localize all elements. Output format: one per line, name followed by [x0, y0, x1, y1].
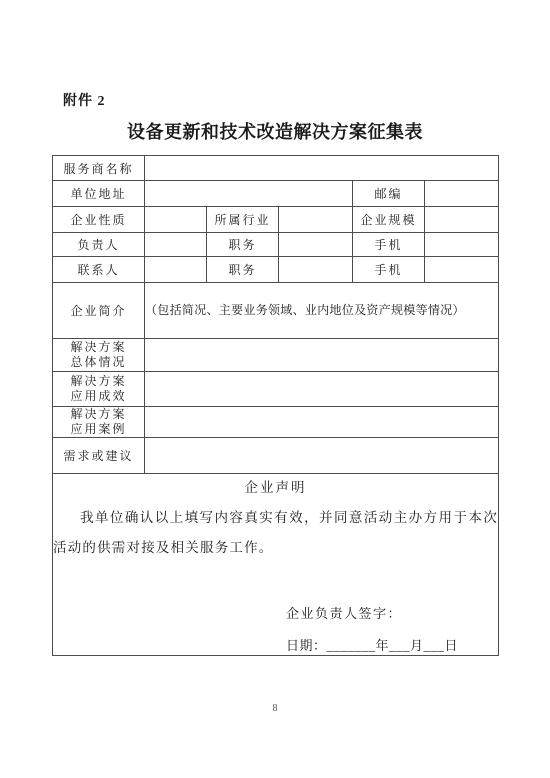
leader-label: 负责人 — [53, 233, 145, 257]
contact-label: 联系人 — [53, 257, 145, 283]
table-row: 企业声明 我单位确认以上填写内容真实有效，并同意活动主办方用于本次活动的供需对接… — [53, 474, 499, 656]
table-row: 需求或建议 — [53, 438, 499, 474]
solution-overview-input[interactable] — [145, 339, 499, 372]
label-line: 解决方案 — [53, 407, 144, 422]
leader-position-label: 职务 — [207, 233, 279, 257]
table-row: 企业简介 （包括简况、主要业务领域、业内地位及资产规模等情况） — [53, 283, 499, 339]
table-row: 单位地址 邮编 — [53, 181, 499, 207]
enterprise-scale-input[interactable] — [425, 207, 499, 233]
solution-effect-input[interactable] — [145, 372, 499, 407]
table-row: 解决方案 应用案例 — [53, 407, 499, 438]
industry-input[interactable] — [279, 207, 353, 233]
label-line: 解决方案 — [53, 340, 144, 355]
enterprise-nature-input[interactable] — [145, 207, 207, 233]
date-line: 日期：_______年___月___日 — [53, 635, 498, 654]
contact-mobile-input[interactable] — [425, 257, 499, 283]
company-profile-label: 企业简介 — [53, 283, 145, 339]
declaration-title: 企业声明 — [53, 476, 498, 496]
leader-mobile-input[interactable] — [425, 233, 499, 257]
service-provider-input[interactable] — [145, 156, 499, 181]
contact-position-input[interactable] — [279, 257, 353, 283]
industry-label: 所属行业 — [207, 207, 279, 233]
form-table: 服务商名称 单位地址 邮编 企业性质 所属行业 企业规模 负责人 职务 手机 — [52, 155, 499, 656]
address-label: 单位地址 — [53, 181, 145, 207]
solution-cases-label: 解决方案 应用案例 — [53, 407, 145, 438]
contact-input[interactable] — [145, 257, 207, 283]
label-line: 应用成效 — [53, 389, 144, 404]
contact-position-label: 职务 — [207, 257, 279, 283]
signature-label: 企业负责人签字： — [53, 603, 498, 622]
contact-mobile-label: 手机 — [353, 257, 425, 283]
solution-overview-label: 解决方案 总体情况 — [53, 339, 145, 372]
address-input[interactable] — [145, 181, 353, 207]
leader-input[interactable] — [145, 233, 207, 257]
table-row: 企业性质 所属行业 企业规模 — [53, 207, 499, 233]
document-page: 附件 2 设备更新和技术改造解决方案征集表 服务商名称 单位地址 邮编 企业性质… — [0, 0, 550, 778]
needs-suggestions-input[interactable] — [145, 438, 499, 474]
table-row: 解决方案 应用成效 — [53, 372, 499, 407]
enterprise-nature-label: 企业性质 — [53, 207, 145, 233]
leader-mobile-label: 手机 — [353, 233, 425, 257]
enterprise-scale-label: 企业规模 — [353, 207, 425, 233]
company-profile-input[interactable]: （包括简况、主要业务领域、业内地位及资产规模等情况） — [145, 283, 499, 339]
solution-cases-input[interactable] — [145, 407, 499, 438]
postal-code-input[interactable] — [425, 181, 499, 207]
postal-code-label: 邮编 — [353, 181, 425, 207]
label-line: 总体情况 — [53, 355, 144, 370]
label-line: 解决方案 — [53, 374, 144, 389]
solution-effect-label: 解决方案 应用成效 — [53, 372, 145, 407]
declaration-cell: 企业声明 我单位确认以上填写内容真实有效，并同意活动主办方用于本次活动的供需对接… — [53, 474, 499, 656]
declaration-body: 我单位确认以上填写内容真实有效，并同意活动主办方用于本次活动的供需对接及相关服务… — [53, 503, 498, 563]
label-line: 应用案例 — [53, 422, 144, 437]
table-row: 解决方案 总体情况 — [53, 339, 499, 372]
needs-suggestions-label: 需求或建议 — [53, 438, 145, 474]
service-provider-label: 服务商名称 — [53, 156, 145, 181]
page-number: 8 — [0, 703, 550, 714]
table-row: 联系人 职务 手机 — [53, 257, 499, 283]
page-title: 设备更新和技术改造解决方案征集表 — [0, 118, 550, 144]
attachment-label: 附件 2 — [63, 90, 106, 110]
table-row: 服务商名称 — [53, 156, 499, 181]
leader-position-input[interactable] — [279, 233, 353, 257]
table-row: 负责人 职务 手机 — [53, 233, 499, 257]
